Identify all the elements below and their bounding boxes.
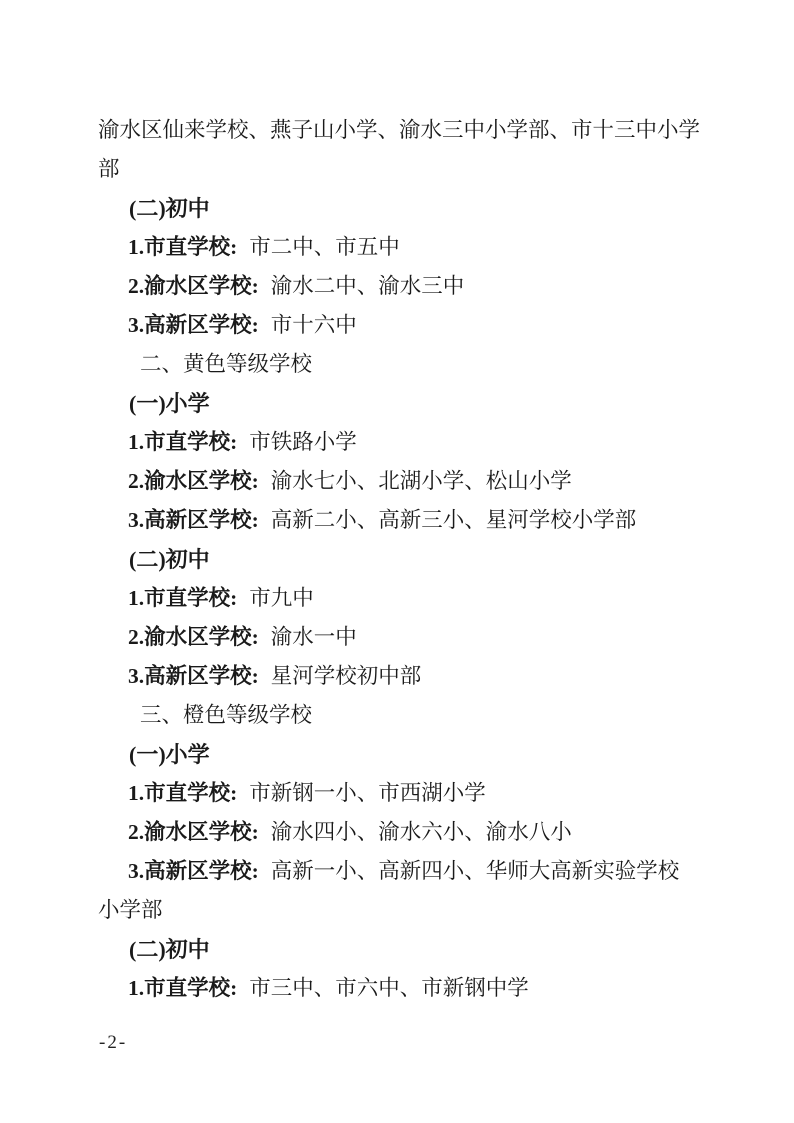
- subsection-heading: (二)初中: [98, 189, 713, 228]
- list-item: 2.渝水区学校:渝水一中: [98, 618, 713, 657]
- list-item: 3.高新区学校:高新二小、高新三小、星河学校小学部: [98, 501, 713, 540]
- subsection-heading: (二)初中: [98, 930, 713, 969]
- list-item: 3.高新区学校:市十六中: [98, 306, 713, 345]
- paragraph-line: 小学部: [98, 891, 713, 930]
- subsection-heading: (二)初中: [98, 540, 713, 579]
- item-label: 3.高新区学校:: [128, 508, 259, 532]
- list-item: 1.市直学校:市新钢一小、市西湖小学: [98, 774, 713, 813]
- item-label: 1.市直学校:: [128, 781, 237, 805]
- item-text: 渝水一中: [271, 625, 357, 649]
- item-text: 市铁路小学: [249, 430, 357, 454]
- item-text: 市三中、市六中、市新钢中学: [249, 976, 529, 1000]
- list-item: 1.市直学校:市铁路小学: [98, 423, 713, 462]
- paragraph-line: 渝水区仙来学校、燕子山小学、渝水三中小学部、市十三中小学: [98, 111, 713, 150]
- item-text: 高新二小、高新三小、星河学校小学部: [271, 508, 637, 532]
- item-label: 1.市直学校:: [128, 430, 237, 454]
- list-item: 2.渝水区学校:渝水四小、渝水六小、渝水八小: [98, 813, 713, 852]
- item-label: 1.市直学校:: [128, 976, 237, 1000]
- item-label: 2.渝水区学校:: [128, 625, 259, 649]
- document-page: 渝水区仙来学校、燕子山小学、渝水三中小学部、市十三中小学 部 (二)初中 1.市…: [0, 0, 794, 1123]
- item-text: 市九中: [249, 586, 314, 610]
- page-number: -2-: [99, 1031, 127, 1055]
- item-text: 高新一小、高新四小、华师大高新实验学校: [271, 859, 680, 883]
- item-label: 3.高新区学校:: [128, 664, 259, 688]
- item-text: 星河学校初中部: [271, 664, 422, 688]
- item-label: 2.渝水区学校:: [128, 469, 259, 493]
- list-item: 3.高新区学校:高新一小、高新四小、华师大高新实验学校: [98, 852, 713, 891]
- item-label: 2.渝水区学校:: [128, 274, 259, 298]
- section-heading: 三、橙色等级学校: [98, 696, 713, 735]
- subsection-heading: (一)小学: [98, 735, 713, 774]
- subsection-heading: (一)小学: [98, 384, 713, 423]
- list-item: 1.市直学校:市三中、市六中、市新钢中学: [98, 969, 713, 1008]
- item-label: 2.渝水区学校:: [128, 820, 259, 844]
- item-text: 渝水四小、渝水六小、渝水八小: [271, 820, 572, 844]
- item-label: 1.市直学校:: [128, 586, 237, 610]
- item-text: 渝水七小、北湖小学、松山小学: [271, 469, 572, 493]
- item-text: 市新钢一小、市西湖小学: [249, 781, 486, 805]
- list-item: 3.高新区学校:星河学校初中部: [98, 657, 713, 696]
- page-content: 渝水区仙来学校、燕子山小学、渝水三中小学部、市十三中小学 部 (二)初中 1.市…: [98, 111, 713, 1008]
- paragraph-line: 部: [98, 150, 713, 189]
- item-text: 渝水二中、渝水三中: [271, 274, 465, 298]
- section-heading: 二、黄色等级学校: [98, 345, 713, 384]
- item-label: 3.高新区学校:: [128, 313, 259, 337]
- item-label: 3.高新区学校:: [128, 859, 259, 883]
- item-label: 1.市直学校:: [128, 235, 237, 259]
- item-text: 市二中、市五中: [249, 235, 400, 259]
- list-item: 1.市直学校:市二中、市五中: [98, 228, 713, 267]
- list-item: 1.市直学校:市九中: [98, 579, 713, 618]
- list-item: 2.渝水区学校:渝水二中、渝水三中: [98, 267, 713, 306]
- list-item: 2.渝水区学校:渝水七小、北湖小学、松山小学: [98, 462, 713, 501]
- item-text: 市十六中: [271, 313, 357, 337]
